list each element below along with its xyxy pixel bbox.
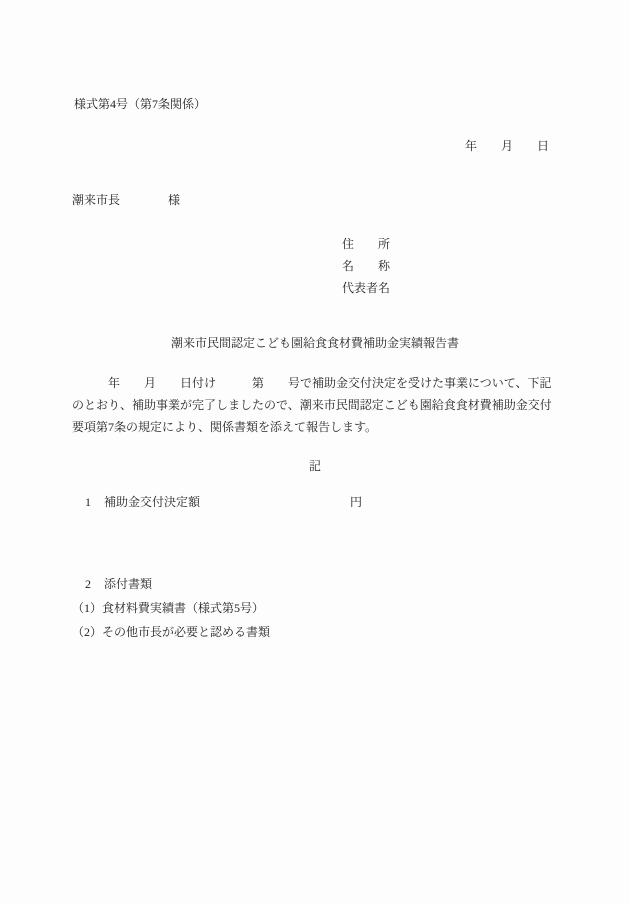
form-number: 様式第4号（第7条関係）: [74, 97, 206, 112]
sender-representative-label: 代表者名: [342, 281, 390, 296]
sender-name-label: 名 称: [342, 259, 390, 274]
body-line-1: 年 月 日付け 第 号で補助金交付決定を受けた事業について、下記: [72, 376, 552, 391]
item1-number: 1: [85, 495, 91, 510]
body-line-3: 要項第7条の規定により、関係書類を添えて報告します。: [72, 420, 377, 435]
document-page: 様式第4号（第7条関係） 年 月 日 潮来市長 様 住 所 名 称 代表者名 潮…: [0, 0, 630, 903]
record-marker: 記: [0, 459, 630, 474]
document-title: 潮来市民間認定こども園給食食材費補助金実績報告書: [0, 336, 630, 351]
attachment-item: （2）その他市長が必要と認める書類: [72, 625, 270, 640]
sender-address-label: 住 所: [342, 237, 390, 252]
date-line: 年 月 日: [465, 139, 549, 154]
body-line-2: のとおり、補助事業が完了しましたので、潮来市民間認定こども園給食食材費補助金交付: [72, 398, 552, 413]
item2-label: 添付書類: [104, 577, 152, 592]
item2-number: 2: [85, 577, 91, 592]
item1-label: 補助金交付決定額: [104, 495, 200, 510]
addressee-name: 潮来市長: [72, 193, 120, 208]
attachment-item: （1）食材料費実績書（様式第5号）: [72, 601, 264, 616]
item1-unit: 円: [350, 495, 362, 510]
addressee-honorific: 様: [168, 193, 180, 208]
